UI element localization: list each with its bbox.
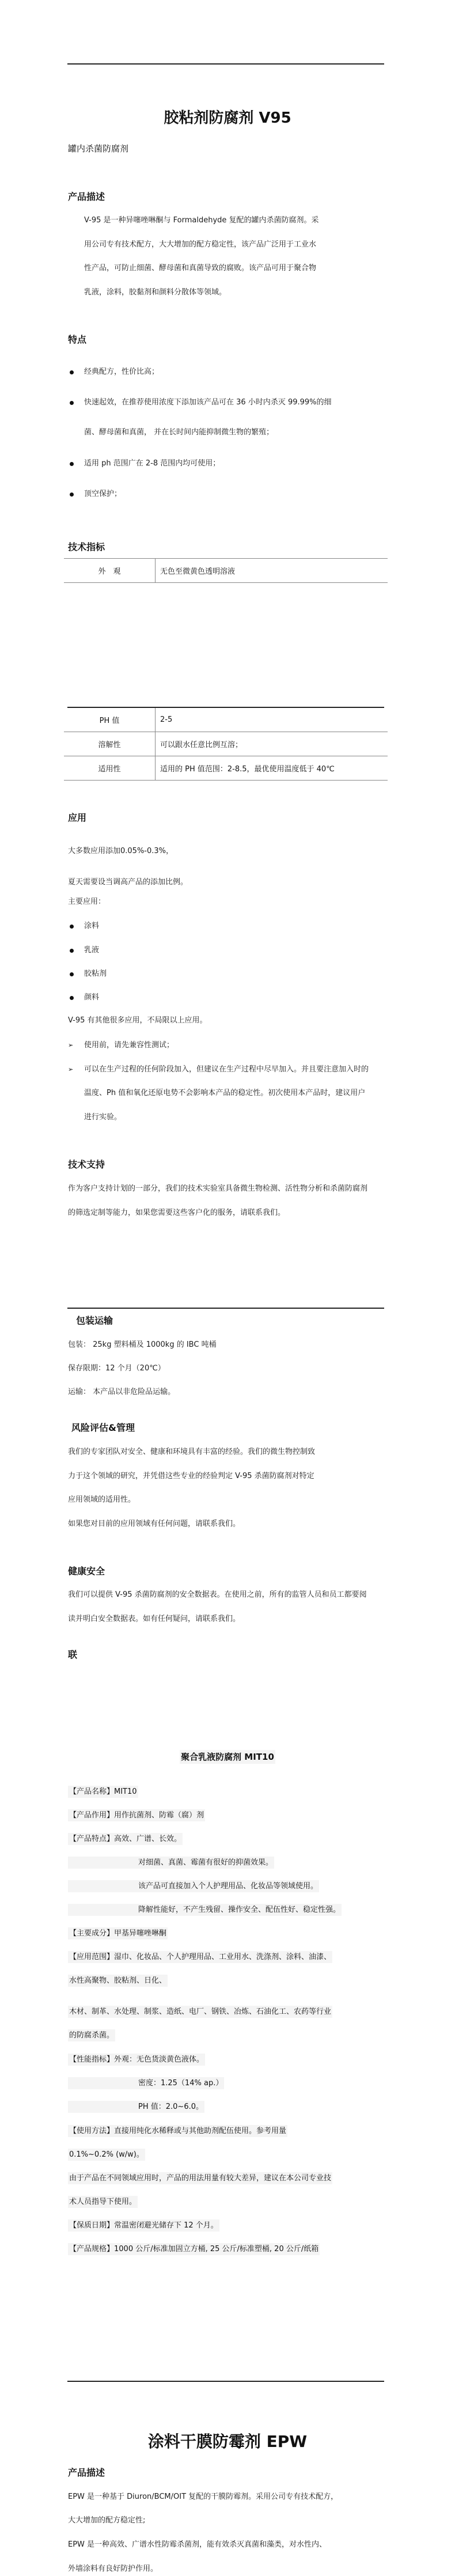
page-top-rule [67, 2381, 384, 2382]
bullet-dot-icon [70, 462, 74, 466]
epw-description-line: EPW 是一种高效、广谱水性防霉杀菌剂，能有效杀灭真菌和藻类，对水性内、 [68, 2540, 327, 2550]
spec-value: 适用的 PH 值范围：2-8.5，最优使用温度低于 40℃ [156, 756, 388, 781]
mit10-line: 降解性能好，不产生残留、操作安全、配伍性好、稳定性强。 [68, 1904, 342, 1916]
mit10-line: 术人员指导下使用。 [68, 2196, 138, 2208]
spec-value: 可以跟水任意比例互溶； [156, 732, 388, 756]
feature-item: 快速起效，在推荐使用浓度下添加该产品可在 36 小时内杀灭 99.99%的细 [84, 397, 332, 408]
mit10-line: 【产品作用】用作抗菌剂、防霉（腐）剂 [68, 1810, 205, 1821]
v95-subtitle: 罐内杀菌防腐剂 [68, 143, 128, 154]
bullet-dot-icon [70, 972, 74, 976]
risk-line: 我们的专家团队对安全、健康和环境具有丰富的经验。我们的微生物控制致 [68, 1447, 315, 1457]
mit10-title: 聚合乳液防腐剂 MIT10 [0, 1751, 455, 1763]
spec-table-part1: 外 观 无色至微黄色透明溶液 [64, 558, 388, 583]
arrow-bullet-icon: ➢ [68, 1040, 73, 1051]
v95-description-line: 用公司专有技术配方，大大增加的配方稳定性，该产品广泛用于工业水 [84, 240, 316, 250]
table-row: PH 值 2-5 [64, 708, 388, 732]
v95-description-line: V-95 是一种异噻唑啉酮与 Formaldehyde 复配的罐内杀菌防腐剂。采 [84, 215, 319, 226]
health-line: 我们可以提供 V-95 杀菌防腐剂的安全数据表。在使用之前，所有的监管人员和员工… [68, 1590, 367, 1600]
application-tip: 使用前，请先兼容性测试； [84, 1040, 174, 1051]
page-break-rule [67, 1308, 384, 1309]
support-line: 的筛选定制等能力，如果您需要这些客户化的服务，请联系我们。 [68, 1208, 285, 1218]
application-item: 颜料 [84, 992, 99, 1003]
mit10-line: 密度：1.25（14% ap.） [68, 2078, 224, 2089]
feature-item: 适用 ph 范围广在 2-8 范围内均可使用； [84, 459, 220, 469]
mit10-line: 【使用方法】直接用纯化水稀释或与其他助剂配伍使用。参考用量 [68, 2126, 287, 2137]
support-line: 作为客户支持计划的一部分，我们的技术实验室具备微生物检测、活性物分析和杀菌防腐剂 [68, 1184, 367, 1194]
mit10-line: 的防腐杀菌。 [68, 2030, 115, 2041]
mit10-line: PH 值：2.0~6.0。 [68, 2101, 204, 2113]
application-line: 主要应用： [68, 897, 105, 907]
application-tip: 可以在生产过程的任何阶段加入，但建议在生产过程中尽早加入。并且要注意加入时的 [84, 1065, 369, 1075]
mit10-line-text: 降解性能好，不产生残留、操作安全、配伍性好、稳定性强。 [68, 1904, 342, 1916]
application-tip-continued: 温度、Ph 值和氧化还原电势不会影响本产品的稳定性。初次使用本产品时，建议用户 [84, 1088, 365, 1098]
packaging-line: 包装： 25kg 塑料桶及 1000kg 的 IBC 吨桶 [68, 1340, 217, 1350]
bullet-dot-icon [70, 996, 74, 1000]
risk-line: 应用领域的适用性。 [68, 1495, 135, 1505]
v95-packaging-heading: 包装运输 [76, 1315, 113, 1327]
bullet-dot-icon [70, 925, 74, 929]
feature-item: 经典配方，性价比高； [84, 367, 159, 377]
application-note: V-95 有其他很多应用，不局限以上应用。 [68, 1016, 207, 1026]
mit10-line: 【产品规格】1000 公斤/标准加固立方桶, 25 公斤/标准塑桶, 20 公斤… [68, 2244, 320, 2255]
mit10-line-text: 木材、制革、水处理、制浆、造纸、电厂、钢铁、冶炼、石油化工、农药等行业 [68, 2006, 332, 2018]
arrow-bullet-icon: ➢ [68, 1065, 73, 1075]
mit10-line: 对细菌、真菌、霉菌有很好的抑菌效果。 [68, 1857, 274, 1869]
mit10-line-text: 术人员指导下使用。 [68, 2196, 138, 2208]
bullet-dot-icon [70, 949, 74, 953]
mit10-line: 【保质日期】常温密闭避光储存下 12 个月。 [68, 2220, 219, 2232]
spec-key: 溶解性 [64, 732, 156, 756]
mit10-line-text: 【产品特点】高效、广谱、长效。 [68, 1833, 183, 1845]
mit10-line: 水性高聚物、胶粘剂、日化、 [68, 1975, 168, 1987]
epw-description-line: EPW 是一种基于 Diuron/BCM/OIT 复配的干膜防霉剂。采用公司专有… [68, 2492, 338, 2502]
spec-key: PH 值 [64, 708, 156, 732]
mit10-line: 【主要成分】甲基异噻唑啉酮 [68, 1928, 168, 1939]
v95-application-heading: 应用 [68, 812, 86, 824]
mit10-line: 【应用范围】湿巾、化妆品、个人护理用品、工业用水、洗涤剂、涂料、油漆、 [68, 1952, 332, 1963]
mit10-line-text: 【产品作用】用作抗菌剂、防霉（腐）剂 [68, 1809, 205, 1821]
mit10-line: 【产品特点】高效、广谱、长效。 [68, 1833, 183, 1845]
spec-key: 外 观 [64, 559, 156, 583]
bullet-dot-icon [70, 401, 74, 405]
mit10-line-text: 0.1%~0.2% (w/w)。 [68, 2149, 145, 2161]
mit10-line: 该产品可直接加入个人护理用品、化妆品等领域使用。 [68, 1881, 319, 1892]
feature-item-continued: 菌、酵母菌和真菌， 并在长时间内能抑制微生物的繁殖； [84, 427, 274, 438]
health-line: 读并明白安全数据表。如有任何疑问，请联系我们。 [68, 1614, 240, 1624]
application-item: 乳液 [84, 945, 99, 956]
v95-support-heading: 技术支持 [68, 1159, 105, 1170]
risk-line: 如果您对目前的应用领域有任何问题，请联系我们。 [68, 1519, 240, 1529]
epw-description-line: 大大增加的配方稳定性; [68, 2516, 145, 2526]
mit10-line: 【产品名称】MIT10 [68, 1786, 138, 1798]
mit10-line-text: 该产品可直接加入个人护理用品、化妆品等领域使用。 [68, 1880, 319, 1892]
v95-health-heading: 健康安全 [68, 1566, 105, 1577]
epw-description-line: 外墙涂料有良好防护作用。 [68, 2564, 158, 2574]
mit10-line-text: 密度：1.25（14% ap.） [68, 2077, 224, 2089]
feature-item: 顶空保护； [84, 489, 122, 499]
spec-value: 无色至微黄色透明溶液 [156, 559, 388, 583]
mit10-line: 【性能指标】外观：无色货淡黄色液体。 [68, 2054, 205, 2066]
mit10-line-text: 的防腐杀菌。 [68, 2029, 115, 2041]
table-row: 溶解性 可以跟水任意比例互溶； [64, 732, 388, 756]
mit10-line-text: 【应用范围】湿巾、化妆品、个人护理用品、工业用水、洗涤剂、涂料、油漆、 [68, 1951, 332, 1963]
mit10-line: 0.1%~0.2% (w/w)。 [68, 2149, 145, 2161]
bullet-dot-icon [70, 370, 74, 374]
mit10-line: 木材、制革、水处理、制浆、造纸、电厂、钢铁、冶炼、石油化工、农药等行业 [68, 2006, 332, 2018]
v95-risk-heading: 风险评估&管理 [71, 1422, 135, 1434]
epw-description-heading: 产品描述 [68, 2467, 105, 2479]
mit10-line-text: 【使用方法】直接用纯化水稀释或与其他助剂配伍使用。参考用量 [68, 2125, 287, 2137]
v95-description-line: 乳液，涂料，胶黏剂和颜料分散体等领域。 [84, 287, 226, 298]
spec-value: 2-5 [156, 708, 388, 732]
packaging-line: 运输： 本产品以非危险品运输。 [68, 1387, 175, 1397]
v95-features-heading: 特点 [68, 334, 86, 346]
application-line: 夏天需要设当调高产品的添加比例。 [68, 877, 188, 888]
packaging-line: 保存限期：12 个月（20℃） [68, 1363, 165, 1374]
epw-title: 涂料干膜防霉剂 EPW [0, 2433, 455, 2451]
application-tip-continued: 进行实验。 [84, 1112, 122, 1123]
table-row: 外 观 无色至微黄色透明溶液 [64, 559, 388, 583]
mit10-line-text: 【产品名称】MIT10 [68, 1786, 138, 1798]
application-item: 涂料 [84, 921, 99, 931]
mit10-line-text: 【保质日期】常温密闭避光储存下 12 个月。 [68, 2219, 219, 2232]
mit10-line: 由于产品在不同领域应用时，产品的用法用量有较大差异，建议在本公司专业技 [68, 2173, 332, 2184]
v95-specs-heading: 技术指标 [68, 541, 105, 553]
mit10-line-text: PH 值：2.0~6.0。 [68, 2101, 204, 2113]
v95-description-heading: 产品描述 [68, 191, 105, 203]
page-top-rule [67, 63, 384, 65]
mit10-line-text: 对细菌、真菌、霉菌有很好的抑菌效果。 [68, 1857, 274, 1869]
mit10-line-text: 【性能指标】外观：无色货淡黄色液体。 [68, 2054, 205, 2066]
v95-description-line: 性产品，可防止细菌、酵母菌和真菌导致的腐败。该产品可用于聚合物 [84, 263, 316, 274]
spec-key: 适用性 [64, 756, 156, 781]
mit10-line-text: 【主要成分】甲基异噻唑啉酮 [68, 1927, 168, 1939]
bullet-dot-icon [70, 493, 74, 497]
mit10-line-text: 水性高聚物、胶粘剂、日化、 [68, 1975, 168, 1987]
spec-table-part2: PH 值 2-5 溶解性 可以跟水任意比例互溶； 适用性 适用的 PH 值范围：… [64, 708, 388, 781]
application-item: 胶粘剂 [84, 969, 107, 979]
mit10-title-text: 聚合乳液防腐剂 MIT10 [180, 1750, 275, 1764]
v95-contact-heading: 联 [68, 1649, 77, 1661]
risk-line: 力于这个领域的研究，并凭借这些专业的经验判定 V-95 杀菌防腐剂对特定 [68, 1471, 314, 1482]
v95-title: 胶粘剂防腐剂 V95 [0, 109, 455, 127]
table-row: 适用性 适用的 PH 值范围：2-8.5，最优使用温度低于 40℃ [64, 756, 388, 781]
mit10-line-text: 由于产品在不同领域应用时，产品的用法用量有较大差异，建议在本公司专业技 [68, 2172, 332, 2184]
application-line: 大多数应用添加0.05%-0.3%， [68, 846, 173, 857]
mit10-line-text: 【产品规格】1000 公斤/标准加固立方桶, 25 公斤/标准塑桶, 20 公斤… [68, 2243, 320, 2255]
